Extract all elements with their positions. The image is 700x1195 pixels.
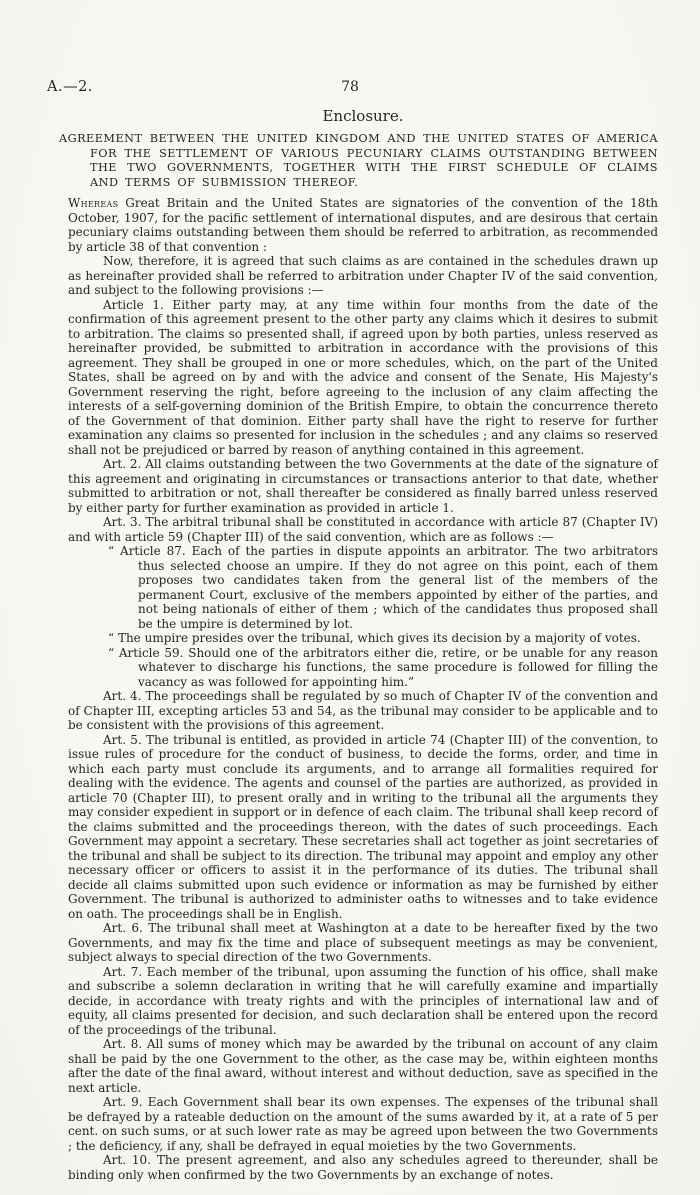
paragraph-article-1: Article 1. Either party may, at any time… — [68, 298, 658, 458]
paragraph-now-therefore: Now, therefore, it is agreed that such c… — [68, 254, 658, 298]
quote-umpire: “ The umpire presides over the tribunal,… — [108, 631, 658, 646]
paragraph-article-6: Art. 6. The tribunal shall meet at Washi… — [68, 921, 658, 965]
quote-article-59: “ Article 59. Should one of the arbitrat… — [108, 646, 658, 690]
document-body: Whereas Great Britain and the United Sta… — [68, 196, 658, 1182]
paragraph-article-10: Art. 10. The present agreement, and also… — [68, 1153, 658, 1182]
page-header: A.—2. 78 — [0, 80, 700, 100]
paragraph-whereas: Whereas Great Britain and the United Sta… — [68, 196, 658, 254]
agreement-heading: AGREEMENT BETWEEN THE UNITED KINGDOM AND… — [59, 132, 658, 190]
paragraph-article-2: Art. 2. All claims outstanding between t… — [68, 457, 658, 515]
whereas-lead: Whereas — [68, 196, 118, 210]
paragraph-article-9: Art. 9. Each Government shall bear its o… — [68, 1095, 658, 1153]
paragraph-article-5: Art. 5. The tribunal is entitled, as pro… — [68, 733, 658, 922]
quote-article-87: “ Article 87. Each of the parties in dis… — [108, 544, 658, 631]
document-page: A.—2. 78 Enclosure. AGREEMENT BETWEEN TH… — [0, 0, 700, 1195]
paragraph-article-3: Art. 3. The arbitral tribunal shall be c… — [68, 515, 658, 544]
page-number: 78 — [0, 80, 700, 95]
paragraph-article-4: Art. 4. The proceedings shall be regulat… — [68, 689, 658, 733]
paragraph-article-8: Art. 8. All sums of money which may be a… — [68, 1037, 658, 1095]
whereas-text: Great Britain and the United States are … — [68, 196, 658, 254]
enclosure-title: Enclosure. — [68, 0, 658, 125]
paragraph-article-7: Art. 7. Each member of the tribunal, upo… — [68, 965, 658, 1038]
